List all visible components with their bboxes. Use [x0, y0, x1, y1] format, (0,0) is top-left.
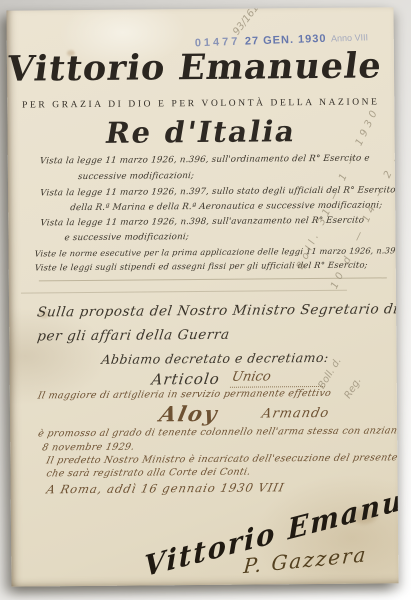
preamble-line: successive modificazioni;: [77, 171, 194, 182]
divider-rule: [21, 290, 347, 294]
article-label: Articolo: [151, 370, 221, 389]
execution-line: Il predetto Nostro Ministro è incaricato…: [45, 452, 398, 466]
photo-background: { "stamp": { "number": "01477", "date": …: [0, 0, 411, 600]
promotion-line: è promosso al grado di tenente colonnell…: [37, 425, 398, 439]
promoted-firstname: Armando: [260, 406, 330, 422]
decree-document: 93/161 01477 27 GEN. 1930 Anno VIII Vitt…: [6, 7, 398, 586]
proposal-line: per gli affari della Guerra: [36, 327, 230, 345]
preamble-line: e successive modificazioni;: [64, 232, 189, 243]
preamble-line: Viste le leggi sugli stipendi ed assegni…: [34, 260, 368, 273]
dateline: A Roma, addì 16 gennaio 1930 VIII: [45, 480, 286, 496]
decree-formula: Abbiamo decretato e decretiamo:: [101, 350, 330, 367]
article-value-handwritten: Unico: [230, 369, 329, 388]
royal-role: Re d'Italia: [6, 113, 397, 150]
pencil-margin-note: Reg.: [343, 376, 364, 401]
preamble-line: Vista la legge 11 marzo 1926, n.396, sul…: [39, 154, 370, 167]
proposal-line: Sulla proposta del Nostro Ministro Segre…: [36, 301, 398, 321]
document-title: Vittorio Emanuele III: [6, 45, 396, 89]
promoted-surname: Aloy: [157, 401, 221, 427]
body-intro: Il maggiore di artiglieria in servizio p…: [37, 388, 332, 402]
royal-formula: PER GRAZIA DI DIO E PER VOLONTÀ DELLA NA…: [7, 97, 394, 110]
execution-line: che sarà registrato alla Corte dei Conti…: [45, 467, 251, 480]
promotion-line: 8 novembre 1929.: [41, 442, 135, 454]
stamp-era-year: Anno VIII: [331, 32, 368, 43]
